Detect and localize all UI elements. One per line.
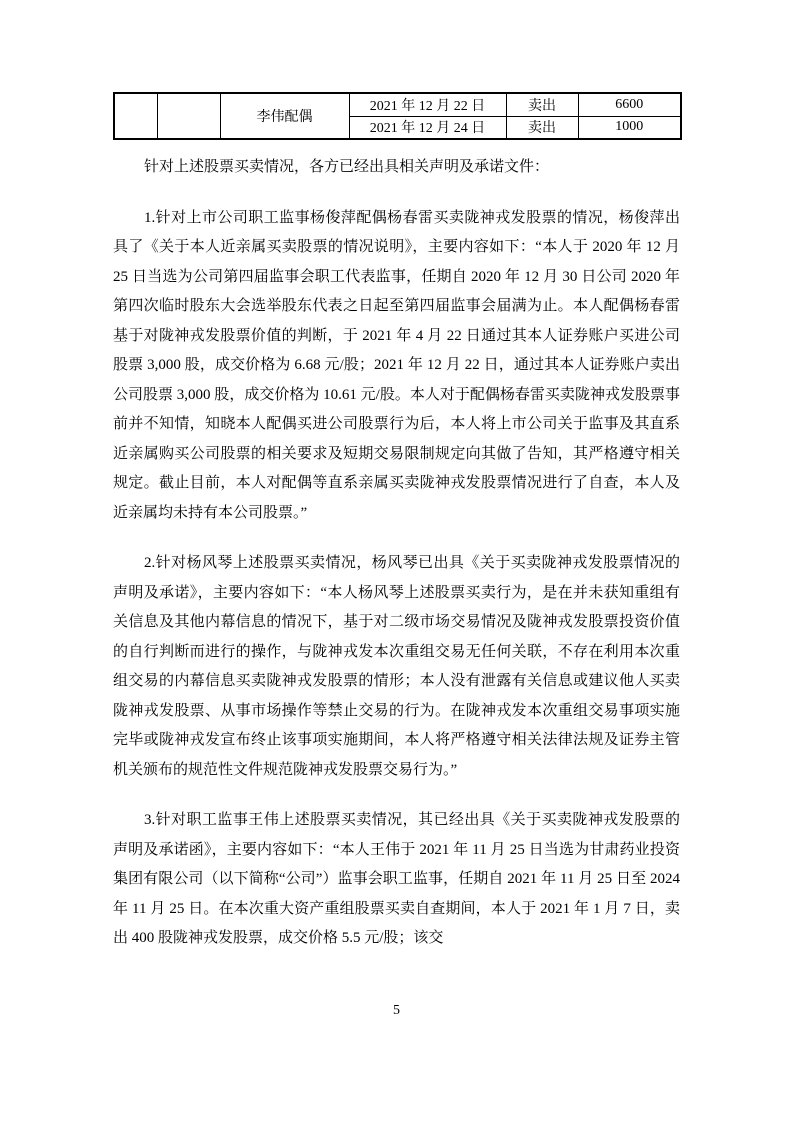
table-cell-trade-action: 卖出 [506, 116, 578, 139]
table-cell-empty-2 [157, 93, 220, 139]
paragraph-3-wangwei-statement: 3.针对职工监事王伟上述股票买卖情况，其已经出具《关于买卖陇神戎发股票的声明及承… [113, 806, 680, 954]
table-row: 李伟配偶 2021 年 12 月 22 日 卖出 6600 [114, 93, 681, 116]
paragraph-1-yangjunping-statement: 1.针对上市公司职工监事杨俊萍配偶杨春雷买卖陇神戎发股票的情况，杨俊萍出具了《关… [113, 204, 680, 529]
table-cell-trade-date: 2021 年 12 月 24 日 [349, 116, 506, 139]
table-cell-trade-action: 卖出 [506, 93, 578, 116]
table-cell-trade-quantity: 1000 [578, 116, 681, 139]
document-content: 李伟配偶 2021 年 12 月 22 日 卖出 6600 2021 年 12 … [113, 92, 680, 954]
table-cell-trade-date: 2021 年 12 月 22 日 [349, 93, 506, 116]
table-cell-trade-quantity: 6600 [578, 93, 681, 116]
intro-statement: 针对上述股票买卖情况，各方已经出具相关声明及承诺文件： [113, 153, 680, 183]
document-page: 李伟配偶 2021 年 12 月 22 日 卖出 6600 2021 年 12 … [0, 0, 793, 1122]
stock-trade-table: 李伟配偶 2021 年 12 月 22 日 卖出 6600 2021 年 12 … [113, 92, 682, 140]
table-cell-person-name: 李伟配偶 [220, 93, 349, 139]
paragraph-2-yangfengqin-statement: 2.针对杨风琴上述股票买卖情况，杨风琴已出具《关于买卖陇神戎发股票情况的声明及承… [113, 549, 680, 785]
page-number: 5 [0, 1003, 793, 1019]
table-cell-empty-1 [114, 93, 157, 139]
